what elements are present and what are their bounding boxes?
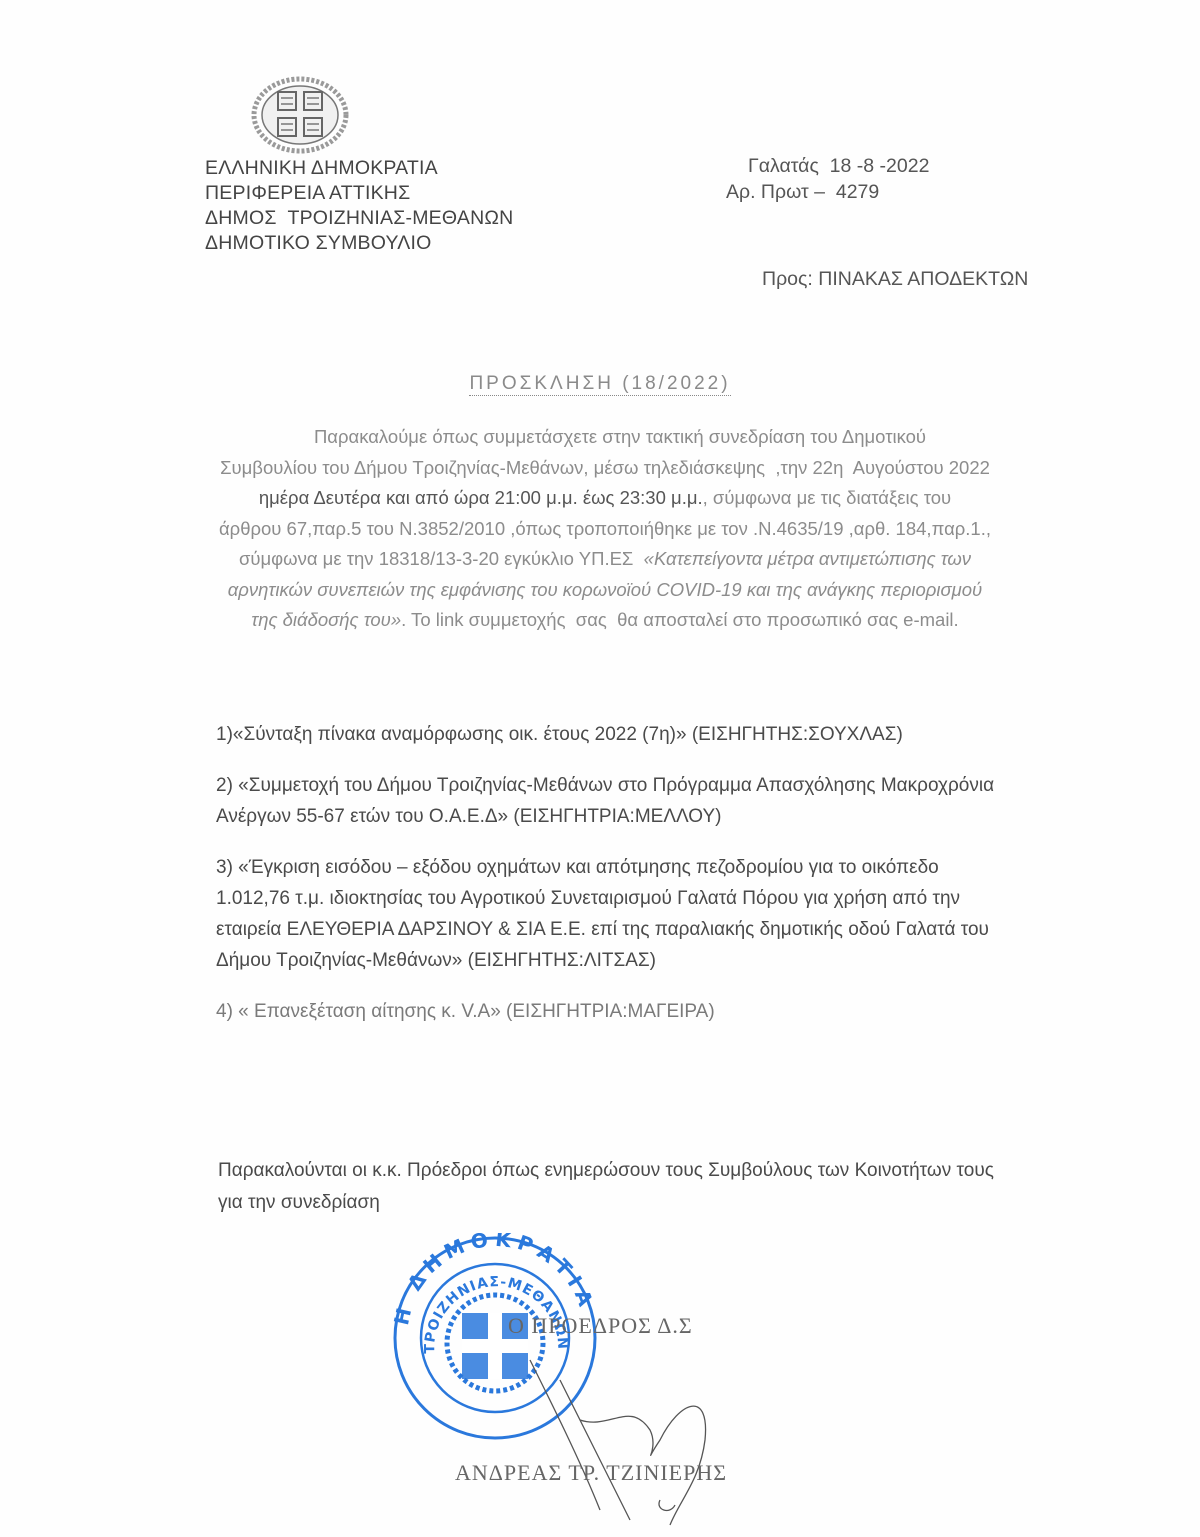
document-page: ΕΛΛΗΝΙΚΗ ΔΗΜΟΚΡΑΤΙΑ ΠΕΡΙΦΕΡΕΙΑ ΑΤΤΙΚΗΣ Δ…: [0, 0, 1200, 1537]
intro-text: σύμφωνα με την 18318/13-3-20 εγκύκλιο ΥΠ…: [239, 548, 644, 569]
agenda-item: 2) «Συμμετοχή του Δήμου Τροιζηνίας-Μεθάν…: [216, 770, 1056, 832]
intro-line: αρνητικών συνεπειών της εμφάνισης του κο…: [205, 575, 1005, 606]
intro-text: , σύμφωνα με τις διατάξεις του: [703, 487, 952, 508]
intro-line: σύμφωνα με την 18318/13-3-20 εγκύκλιο ΥΠ…: [205, 544, 1005, 575]
agenda-item-line: 1.012,76 τ.μ. ιδιοκτησίας του Αγροτικού …: [216, 883, 1056, 914]
agenda-item: 1)«Σύνταξη πίνακα αναμόρφωσης οικ. έτους…: [216, 719, 1056, 750]
document-title: ΠΡΟΣΚΛΗΣΗ (18/2022): [0, 373, 1200, 395]
agenda-item-line: 4) « Επανεξέταση αίτησης κ. V.A» (ΕΙΣΗΓΗ…: [216, 996, 1056, 1027]
intro-line: της διάδοσής του». Το link συμμετοχής σα…: [205, 605, 1005, 636]
agenda-item-line: 1)«Σύνταξη πίνακα αναμόρφωσης οικ. έτους…: [216, 719, 1056, 750]
agenda-item-line: Ανέργων 55-67 ετών του Ο.Α.Ε.Δ» (ΕΙΣΗΓΗΤ…: [216, 801, 1056, 832]
closing-line: για την συνεδρίαση: [218, 1187, 994, 1219]
circular-title: της διάδοσής του»: [251, 609, 401, 630]
agenda-item: 4) « Επανεξέταση αίτησης κ. V.A» (ΕΙΣΗΓΗ…: [216, 996, 1056, 1027]
agenda-item-line: 3) «Έγκριση εισόδου – εξόδου οχημάτων κα…: [216, 852, 1056, 883]
document-title-text: ΠΡΟΣΚΛΗΣΗ (18/2022): [469, 373, 730, 396]
intro-paragraph: Παρακαλούμε όπως συμμετάσχετε στην τακτι…: [205, 422, 1005, 636]
closing-line: Παρακαλούνται οι κ.κ. Πρόεδροι όπως ενημ…: [218, 1155, 994, 1187]
meeting-time: ημέρα Δευτέρα και από ώρα 21:00 μ.μ. έως…: [259, 487, 703, 508]
intro-line: Συμβουλίου του Δήμου Τροιζηνίας-Μεθάνων,…: [205, 453, 1005, 484]
signatory-name: ΑΝΔΡΕΑΣ ΤΡ. ΤΖΙΝΙΕΡΗΣ: [455, 1460, 727, 1486]
circular-title: «Κατεπείγοντα μέτρα αντιμετώπισης των: [644, 548, 971, 569]
recipients: Προς: ΠΙΝΑΚΑΣ ΑΠΟΔΕΚΤΩΝ: [762, 268, 1028, 291]
intro-line: ημέρα Δευτέρα και από ώρα 21:00 μ.μ. έως…: [205, 483, 1005, 514]
issuer-line: ΠΕΡΙΦΕΡΕΙΑ ΑΤΤΙΚΗΣ: [205, 181, 513, 206]
agenda-item-line: 2) «Συμμετοχή του Δήμου Τροιζηνίας-Μεθάν…: [216, 770, 1056, 801]
agenda-item: 3) «Έγκριση εισόδου – εξόδου οχημάτων κα…: [216, 852, 1056, 976]
agenda-item-line: Δήμου Τροιζηνίας-Μεθάνων» (ΕΙΣΗΓΗΤΗΣ:ΛΙΤ…: [216, 945, 1056, 976]
intro-line: άρθρου 67,παρ.5 του Ν.3852/2010 ,όπως τρ…: [205, 514, 1005, 545]
handwritten-signature-icon: [520, 1340, 720, 1530]
issuer-line: ΔΗΜΟΣ ΤΡΟΙΖΗΝΙΑΣ-ΜΕΘΑΝΩΝ: [205, 206, 513, 231]
protocol-number: Αρ. Πρωτ – 4279: [726, 179, 929, 205]
agenda-list: 1)«Σύνταξη πίνακα αναμόρφωσης οικ. έτους…: [216, 719, 1056, 1047]
agenda-item-line: εταιρεία ΕΛΕΥΘΕΡΙΑ ΔΑΡΣΙΝΟΥ & ΣΙΑ Ε.Ε. ε…: [216, 914, 1056, 945]
closing-note: Παρακαλούνται οι κ.κ. Πρόεδροι όπως ενημ…: [218, 1155, 994, 1219]
place-date: Γαλατάς 18 -8 -2022: [726, 153, 929, 179]
intro-text: . Το link συμμετοχής σας θα αποσταλεί στ…: [401, 609, 959, 630]
signatory-title: Ο ΠΡΟΕΔΡΟΣ Δ.Σ: [508, 1313, 693, 1339]
issuer-block: ΕΛΛΗΝΙΚΗ ΔΗΜΟΚΡΑΤΙΑ ΠΕΡΙΦΕΡΕΙΑ ΑΤΤΙΚΗΣ Δ…: [205, 156, 513, 256]
issuer-line: ΔΗΜΟΤΙΚΟ ΣΥΜΒΟΥΛΙΟ: [205, 231, 513, 256]
issuer-line: ΕΛΛΗΝΙΚΗ ΔΗΜΟΚΡΑΤΙΑ: [205, 156, 513, 181]
intro-line: Παρακαλούμε όπως συμμετάσχετε στην τακτι…: [205, 422, 1005, 453]
date-protocol-block: Γαλατάς 18 -8 -2022 Αρ. Πρωτ – 4279: [726, 153, 929, 205]
greek-coat-of-arms-icon: [250, 76, 350, 154]
